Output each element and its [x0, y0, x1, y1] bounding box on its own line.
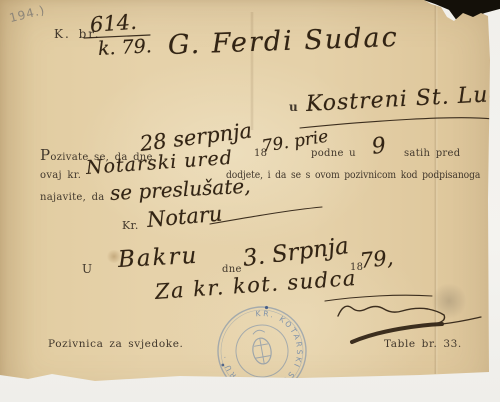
- signature-flourish: [338, 306, 445, 324]
- addressee-place: Kostreni St. Lucii: [305, 81, 500, 117]
- document-type-label: Pozivnica za svjedoke.: [48, 338, 183, 350]
- signoff-underline: [325, 295, 432, 301]
- handwritten-reason: se preslušate,: [109, 174, 251, 205]
- pencil-archive-number: 194.): [8, 3, 47, 25]
- handwritten-hour: 9: [370, 133, 387, 160]
- official-stamp: KR. KOTARSKI SUD U BAKRU ·: [204, 293, 320, 402]
- body-line4-printed: Kr.: [122, 219, 139, 232]
- reference-number-top: 614.: [89, 10, 137, 37]
- dateline-u-label: U: [82, 262, 92, 276]
- signoff-line: Za kr. kot. sudca: [154, 266, 357, 304]
- fold-crease-right: [434, 0, 438, 374]
- notary-flourish: [210, 207, 322, 224]
- handwritten-notary: Notaru: [146, 201, 223, 231]
- dateline-year-handwritten: 79,: [359, 246, 395, 273]
- reference-number-bottom: k. 79.: [97, 35, 152, 60]
- place-underline: [300, 118, 493, 128]
- body-line3-printed: najavite, da: [40, 192, 105, 203]
- stamp-crest: [249, 329, 273, 366]
- body-line2-printed-1: ovaj kr.: [40, 170, 81, 181]
- body-line2-printed-2: dodjete, i da se s ovom pozivnicom kod p…: [226, 170, 480, 181]
- body-line1-printed-4: satih pred: [404, 148, 460, 159]
- addressee-u-label: u: [289, 100, 298, 114]
- form-number-label: Table br. 33.: [384, 338, 462, 350]
- smudge-stain: [432, 282, 466, 320]
- paper-sheet: 194.) K. br. 614. k. 79. G. Ferdi Sudac …: [0, 0, 500, 402]
- body-line1-printed-3: podne u: [311, 148, 356, 159]
- addressee-name: G. Ferdi Sudac: [167, 22, 399, 61]
- dateline-place: Bakru: [117, 243, 199, 273]
- scanned-document: 194.) K. br. 614. k. 79. G. Ferdi Sudac …: [0, 0, 500, 402]
- dateline-date: 3. Srpnja: [241, 233, 350, 272]
